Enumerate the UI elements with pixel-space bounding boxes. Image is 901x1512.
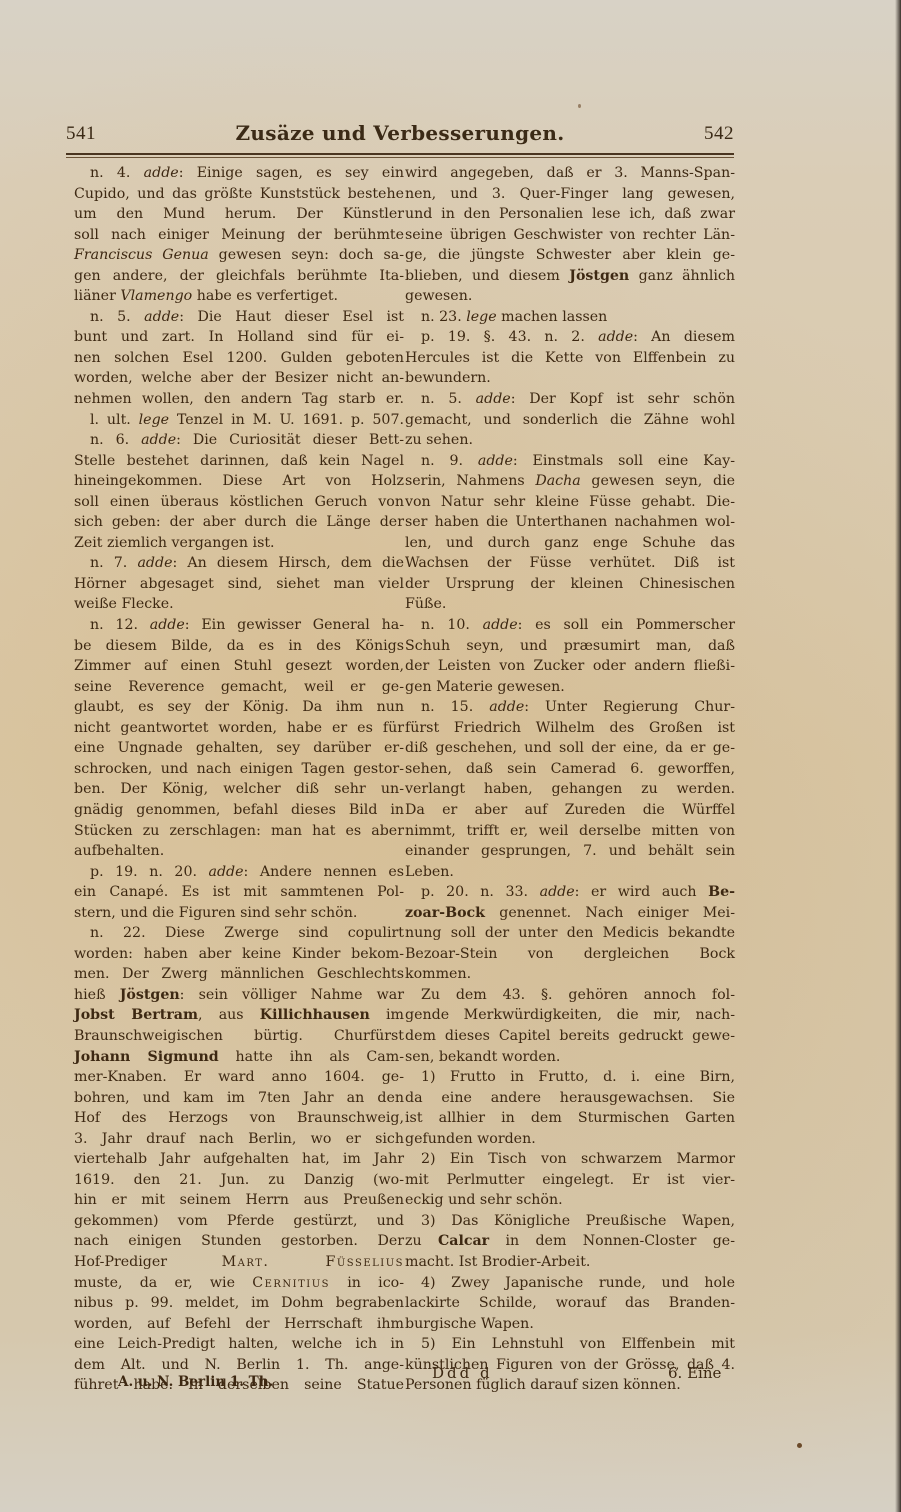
text-segment: Dacha [535,473,580,489]
text-line: bohren, und kam im 7ten Jahr an den [74,1088,404,1109]
text-segment: blieben, und diesem [405,268,569,284]
text-line: n. 4. adde: Einige sagen, es sey ein [74,163,404,184]
signature-mark: Ddd d [432,1364,493,1382]
text-line: p. 19. §. 43. n. 2. adde: An diesem [405,327,735,348]
text-line: verlangt haben, gehangen zu werden. [405,779,735,800]
text-line: Stücken zu zerschlagen: man hat es aber [74,821,404,842]
text-line: 1) Frutto in Frutto, d. i. eine Birn, [405,1067,735,1088]
text-line: nach einigen Stunden gestorben. Der [74,1231,404,1252]
text-line: ge, die jüngste Schwester aber klein ge- [405,245,735,266]
text-line: nen, und 3. Quer-Finger lang gewesen, [405,184,735,205]
text-segment: Hof des Herzogs von Braunschweig, [74,1110,404,1126]
text-line: ben. Der König, welcher diß sehr un- [74,779,404,800]
text-segment: ben. Der König, welcher diß sehr un- [74,781,404,797]
text-segment: Wachsen der Füsse verhütet. Diß ist [405,555,735,571]
text-line: gefunden worden. [405,1129,735,1150]
text-segment: im [370,1007,404,1023]
text-line: gekommen) vom Pferde gestürzt, und [74,1211,404,1232]
text-line: Cupido, und das größte Kunststück besteh… [74,184,404,205]
text-segment: adde [141,432,176,448]
text-segment: Cupido, und das größte Kunststück besteh… [74,186,404,202]
text-segment: ist allhier in dem Sturmischen Garten [405,1110,735,1126]
text-line: Da er aber auf Zureden die Würffel [405,800,735,821]
text-line: Johann Sigmund hatte ihn als Cam- [74,1047,404,1068]
header-rule [66,153,734,155]
text-segment: ganz ähnlich [629,268,735,284]
text-segment: nicht geantwortet worden, habe er es für [74,720,404,736]
text-segment: burgische Wapen. [405,1316,534,1332]
text-segment: Vlamengo [120,288,192,304]
text-segment: 1) Frutto in Frutto, d. i. eine Birn, [421,1069,735,1085]
text-line: weiße Flecke. [74,594,404,615]
text-line: soll nach einiger Meinung der berühmte [74,225,404,246]
text-segment: worden: haben aber keine Kinder bekom- [74,946,404,962]
text-segment: einander gesprungen, 7. und behält sein [405,843,735,859]
text-segment: diß geschehen, und soll der eine, da er … [405,740,735,756]
text-segment: genennet. Nach einiger Mei- [485,905,735,921]
text-segment: : Der Kopf ist sehr schön [511,391,735,407]
text-segment: hineingekommen. Diese Art von Holz [74,473,404,489]
text-line: n. 23. lege machen lassen [405,307,735,328]
text-segment: 3) Das Königliche Preußische Wapen, [421,1213,735,1229]
page-number-right: 542 [704,123,734,145]
text-line: mer-Knaben. Er ward anno 1604. ge- [74,1067,404,1088]
text-line: ein Canapé. Es ist mit sammtenen Pol- [74,882,404,903]
text-segment: weiße Flecke. [74,596,174,612]
text-segment: von Natur sehr kleine Füsse gehabt. Die- [405,494,735,510]
text-segment: bewundern. [405,370,491,386]
text-line: bunt und zart. In Holland sind für ei- [74,327,404,348]
text-segment: aufbehalten. [74,843,164,859]
text-segment: bohren, und kam im 7ten Jahr an den [74,1090,404,1106]
text-segment: 1619. den 21. Jun. zu Danzig (wo- [74,1172,404,1188]
text-segment: soll nach einiger Meinung der berühmte [74,227,404,243]
text-line: Wachsen der Füsse verhütet. Diß ist [405,553,735,574]
text-segment: nung soll der unter den Medicis bekandte [405,925,735,941]
text-line: nen solchen Esel 1200. Gulden geboten [74,348,404,369]
text-line: stern, und die Figuren sind sehr schön. [74,903,404,924]
text-line: n. 12. adde: Ein gewisser General ha- [74,615,404,636]
text-line: gnädig genommen, befahl dieses Bild in [74,800,404,821]
text-segment: fürst Friedrich Wilhelm des Großen ist [405,720,735,736]
running-head: 541 Zusäze und Verbesserungen. 542 [66,121,734,151]
text-line: gen Materie gewesen. [405,677,735,698]
text-line: be diesem Bilde, da es in des Königs [74,636,404,657]
text-segment: gewesen seyn, die [581,473,735,489]
text-segment: wird angegeben, daß er 3. Manns-Span- [405,165,735,181]
text-line: da eine andere herausgewachsen. Sie [405,1088,735,1109]
text-line: n. 5. adde: Die Haut dieser Esel ist [74,307,404,328]
text-segment: seine Reverence gemacht, weil er ge- [74,679,404,695]
text-segment: Johann Sigmund [74,1049,219,1065]
text-line: nimmt, trifft er, weil derselbe mitten v… [405,821,735,842]
text-line: n. 9. adde: Einstmals soll eine Kay- [405,451,735,472]
text-segment: da eine andere herausgewachsen. Sie [405,1090,735,1106]
text-segment: : Unter Regierung Chur- [524,699,735,715]
text-segment: adde [476,391,511,407]
text-segment: men. Der Zwerg männlichen Geschlechts [74,966,404,982]
text-segment: nimmt, trifft er, weil derselbe mitten v… [405,823,735,839]
text-segment: adde [150,617,185,633]
catchword: 6. Eine [668,1364,721,1382]
text-segment: n. 4. [90,165,144,181]
text-segment: : Die Curiosität dieser Bett- [176,432,404,448]
text-segment: : An diesem Hirsch, dem die [173,555,405,571]
right-text-column: wird angegeben, daß er 3. Manns-Span-nen… [405,163,735,1396]
text-segment: : es soll ein Pommerscher [518,617,735,633]
text-segment: gende Merkwürdigkeiten, die mir, nach- [405,1007,735,1023]
text-segment: seine übrigen Geschwister von rechter Lä… [405,227,735,243]
text-line: seine übrigen Geschwister von rechter Lä… [405,225,735,246]
text-segment: : An diesem [633,329,735,345]
text-segment: Hercules ist die Kette von Elffenbein zu [405,350,735,366]
text-line: und in den Personalien lese ich, daß zwa… [405,204,735,225]
text-line: diß geschehen, und soll der eine, da er … [405,738,735,759]
text-line: lackirte Schilde, worauf das Branden- [405,1293,735,1314]
text-segment: n. 9. [421,453,478,469]
text-line: Hörner abgesaget sind, siehet man viel [74,574,404,595]
text-line: zu Calcar in dem Nonnen-Closter ge- [405,1231,735,1252]
text-line: dem Alt. und N. Berlin 1. Th. ange- [74,1355,404,1376]
text-line: Stelle bestehet darinnen, daß kein Nagel [74,451,404,472]
text-segment: Zimmer auf einen Stuhl gesezt worden, [74,658,404,674]
text-segment: : Ein gewisser General ha- [185,617,404,633]
text-segment: n. 15. [421,699,489,715]
text-segment: gen andere, der gleichfals berühmte Ita- [74,268,404,284]
text-segment: p. 19. n. 20. [90,864,209,880]
text-line: nicht geantwortet worden, habe er es für [74,718,404,739]
text-line: Zimmer auf einen Stuhl gesezt worden, [74,656,404,677]
text-segment: n. 10. [421,617,483,633]
text-segment: Be- [708,884,735,900]
text-segment: Cernitius [252,1275,330,1291]
text-segment: der Ursprung der kleinen Chinesischen [405,576,735,592]
text-segment: zoar-Bock [405,905,485,921]
text-segment: verlangt haben, gehangen zu werden. [405,781,735,797]
text-segment: Jöstgen [120,987,180,1003]
text-line: einander gesprungen, 7. und behält sein [405,841,735,862]
text-segment: Mart. Füsselius [222,1254,404,1270]
text-segment: dem dieses Capitel bereits gedruckt gewe… [405,1028,735,1044]
text-line: mit Perlmutter eingelegt. Er ist vier- [405,1170,735,1191]
text-segment: be diesem Bilde, da es in des Königs [74,638,404,654]
text-line: nung soll der unter den Medicis bekandte [405,923,735,944]
text-segment: eine Leich-Predigt halten, welche ich in [74,1336,404,1352]
text-segment: der Leisten von Zucker oder andern fließ… [405,658,735,674]
text-line: nehmen wollen, den andern Tag starb er. [74,389,404,410]
text-line: men. Der Zwerg männlichen Geschlechts [74,964,404,985]
text-segment: adde [209,864,244,880]
text-line: p. 20. n. 33. adde: er wird auch Be- [405,882,735,903]
text-segment: Jöstgen [569,268,629,284]
text-line: 4) Zwey Japanische runde, und hole [405,1273,735,1294]
text-segment: n. 6. [90,432,141,448]
text-segment: Füße. [405,596,446,612]
text-line: worden: haben aber keine Kinder bekom- [74,944,404,965]
text-segment: adde [598,329,633,345]
text-line: n. 6. adde: Die Curiosität dieser Bett- [74,430,404,451]
text-segment: gefunden worden. [405,1131,536,1147]
text-line: blieben, und diesem Jöstgen ganz ähnlich [405,266,735,287]
text-segment: schrocken, und nach einigen Tagen gestor… [74,761,404,777]
text-segment: p. 20. n. 33. [421,884,540,900]
text-line: l. ult. lege Tenzel in M. U. 1691. p. 50… [74,410,404,431]
left-text-column: n. 4. adde: Einige sagen, es sey einCupi… [74,163,404,1396]
text-segment: Tenzel in M. U. 1691. p. 507. [169,412,404,428]
text-segment: nach einigen Stunden gestorben. Der [74,1233,404,1249]
text-segment: adde [144,165,179,181]
text-line: sich geben: der aber durch die Länge der [74,512,404,533]
text-segment: , aus [198,1007,260,1023]
header-rule-thin [66,157,734,158]
text-line: burgische Wapen. [405,1314,735,1335]
text-segment: sen, bekandt worden. [405,1049,560,1065]
text-line: Schuh seyn, und præsumirt man, daß [405,636,735,657]
text-segment: 5) Ein Lehnstuhl von Elffenbein mit [421,1336,735,1352]
text-segment: p. 19. §. 43. n. 2. [421,329,598,345]
text-segment: Jobst Bertram [74,1007,198,1023]
text-segment: 3. Jahr drauf nach Berlin, wo er sich [74,1131,404,1147]
text-line: n. 5. adde: Der Kopf ist sehr schön [405,389,735,410]
text-segment: ser haben die Unterthanen nachahmen wol- [405,514,735,530]
text-line: macht. Ist Brodier-Arbeit. [405,1252,735,1273]
text-segment: ge, die jüngste Schwester aber klein ge- [405,247,735,263]
text-segment: mit Perlmutter eingelegt. Er ist vier- [405,1172,735,1188]
text-line: Füße. [405,594,735,615]
text-segment: nehmen wollen, den andern Tag starb er. [74,391,404,407]
text-line: 2) Ein Tisch von schwarzem Marmor [405,1149,735,1170]
text-segment: : Andere nennen es [244,864,404,880]
text-line: Hercules ist die Kette von Elffenbein zu [405,348,735,369]
text-segment: l. ult. [90,412,139,428]
text-segment: : Die Haut dieser Esel ist [179,309,404,325]
text-segment: Zeit ziemlich vergangen ist. [74,535,275,551]
text-segment: len, und durch ganz enge Schuhe das [405,535,735,551]
text-line: nibus p. 99. meldet, im Dohm begraben [74,1293,404,1314]
text-line: n. 10. adde: es soll ein Pommerscher [405,615,735,636]
text-segment: eckig und sehr schön. [405,1192,563,1208]
text-segment: gekommen) vom Pferde gestürzt, und [74,1213,404,1229]
text-segment: gnädig genommen, befahl dieses Bild in [74,802,404,818]
text-segment: adde [137,555,172,571]
text-line: 1619. den 21. Jun. zu Danzig (wo- [74,1170,404,1191]
text-segment: machen lassen [497,309,608,325]
text-line: gemacht, und sonderlich die Zähne wohl [405,410,735,431]
text-segment: nen, und 3. Quer-Finger lang gewesen, [405,186,735,202]
text-line: worden, welche aber der Besizer nicht an… [74,368,404,389]
text-segment: Calcar [438,1233,489,1249]
text-line: gende Merkwürdigkeiten, die mir, nach- [405,1005,735,1026]
text-segment: : Einstmals soll eine Kay- [513,453,735,469]
text-line: Hof-Prediger Mart. Füsselius [74,1252,404,1273]
text-segment: soll einen überaus köstlichen Geruch von [74,494,404,510]
text-segment: dem Alt. und N. Berlin 1. Th. ange- [74,1357,404,1373]
text-segment: worden, auf Befehl der Herrschaft ihm [74,1316,404,1332]
text-line: sehen, daß sein Camerad 6. geworffen, [405,759,735,780]
text-line: n. 7. adde: An diesem Hirsch, dem die [74,553,404,574]
text-line: Hof des Herzogs von Braunschweig, [74,1108,404,1129]
running-title: Zusäze und Verbesserungen. [66,121,734,145]
text-line: p. 19. n. 20. adde: Andere nennen es [74,862,404,883]
text-segment: Leben. [405,864,454,880]
text-segment: : Einige sagen, es sey ein [179,165,404,181]
text-segment: und in den Personalien lese ich, daß zwa… [405,206,735,222]
page-edge-shadow [895,0,901,1512]
text-line: zu sehen. [405,430,735,451]
paper-speck [578,104,581,108]
text-line: ser haben die Unterthanen nachahmen wol- [405,512,735,533]
text-segment: Zu dem 43. §. gehören annoch fol- [421,987,735,1003]
text-segment: hatte ihn als Cam- [219,1049,404,1065]
text-line: serin, Nahmens Dacha gewesen seyn, die [405,471,735,492]
text-segment: zu [405,1233,438,1249]
paper-speck [797,1443,802,1448]
text-line: glaubt, es sey der König. Da ihm nun [74,697,404,718]
text-segment: Franciscus Genua [74,247,209,263]
text-line: schrocken, und nach einigen Tagen gestor… [74,759,404,780]
text-segment: adde [478,453,513,469]
text-line: hieß Jöstgen: sein völliger Nahme war [74,985,404,1006]
text-segment: gemacht, und sonderlich die Zähne wohl [405,412,735,428]
text-segment: gewesen. [405,288,472,304]
text-segment: um den Mund herum. Der Künstler [74,206,404,222]
text-segment: 4) Zwey Japanische runde, und hole [421,1275,735,1291]
text-line: Zu dem 43. §. gehören annoch fol- [405,985,735,1006]
text-segment: eine Ungnade gehalten, sey darüber er- [74,740,404,756]
text-line: seine Reverence gemacht, weil er ge- [74,677,404,698]
text-line: Leben. [405,862,735,883]
text-line: Zeit ziemlich vergangen ist. [74,533,404,554]
text-segment: hieß [74,987,120,1003]
text-segment: Braunschweigischen bürtig. Churfürst [74,1028,404,1044]
book-page-spread: 541 Zusäze und Verbesserungen. 542 n. 4.… [0,0,901,1512]
text-line: hineingekommen. Diese Art von Holz [74,471,404,492]
text-segment: habe es verfertiget. [192,288,338,304]
text-line: fürst Friedrich Wilhelm des Großen ist [405,718,735,739]
text-segment: zu sehen. [405,432,473,448]
text-segment: stern, und die Figuren sind sehr schön. [74,905,357,921]
text-line: gen andere, der gleichfals berühmte Ita- [74,266,404,287]
text-line: zoar-Bock genennet. Nach einiger Mei- [405,903,735,924]
text-segment: n. 5. [90,309,144,325]
text-segment: Stelle bestehet darinnen, daß kein Nagel [74,453,404,469]
text-segment: viertehalb Jahr aufgehalten hat, im Jahr [74,1151,404,1167]
text-segment: adde [540,884,575,900]
text-segment: muste, da er, wie [74,1275,252,1291]
text-segment: serin, Nahmens [405,473,535,489]
text-line: Braunschweigischen bürtig. Churfürst [74,1026,404,1047]
text-segment: Killichhausen [260,1007,370,1023]
text-line: muste, da er, wie Cernitius in ico- [74,1273,404,1294]
text-line: dem dieses Capitel bereits gedruckt gewe… [405,1026,735,1047]
text-line: Bezoar-Stein von dergleichen Bock [405,944,735,965]
text-line: len, und durch ganz enge Schuhe das [405,533,735,554]
text-segment: : sein völliger Nahme war [180,987,404,1003]
text-line: n. 15. adde: Unter Regierung Chur- [405,697,735,718]
text-line: hin er mit seinem Herrn aus Preußen [74,1190,404,1211]
text-segment: gewesen seyn: doch sa- [209,247,404,263]
text-segment: lege [466,309,496,325]
text-segment: Hörner abgesaget sind, siehet man viel [74,576,404,592]
text-segment: gen Materie gewesen. [405,679,565,695]
text-segment: sehen, daß sein Camerad 6. geworffen, [405,761,735,777]
text-segment: adde [144,309,179,325]
text-segment: kommen. [405,966,471,982]
text-segment: Bezoar-Stein von dergleichen Bock [405,946,735,962]
text-line: von Natur sehr kleine Füsse gehabt. Die- [405,492,735,513]
text-segment: nibus p. 99. meldet, im Dohm begraben [74,1295,404,1311]
text-segment: in ico- [330,1275,404,1291]
text-line: eine Ungnade gehalten, sey darüber er- [74,738,404,759]
text-segment: lege [139,412,169,428]
text-segment: worden, welche aber der Besizer nicht an… [74,370,404,386]
text-line: der Leisten von Zucker oder andern fließ… [405,656,735,677]
text-segment: sich geben: der aber durch die Länge der [74,514,404,530]
text-line: ist allhier in dem Sturmischen Garten [405,1108,735,1129]
text-segment: liäner [74,288,120,304]
text-line: Jobst Bertram, aus Killichhausen im [74,1005,404,1026]
text-line: liäner Vlamengo habe es verfertiget. [74,286,404,307]
text-segment: adde [483,617,518,633]
text-segment: Hof-Prediger [74,1254,222,1270]
text-segment: : er wird auch [575,884,708,900]
text-line: kommen. [405,964,735,985]
text-line: viertehalb Jahr aufgehalten hat, im Jahr [74,1149,404,1170]
text-line: soll einen überaus köstlichen Geruch von [74,492,404,513]
text-line: der Ursprung der kleinen Chinesischen [405,574,735,595]
text-line: Franciscus Genua gewesen seyn: doch sa- [74,245,404,266]
text-segment: n. 22. Diese Zwerge sind copulirt [90,925,404,941]
text-line: n. 22. Diese Zwerge sind copulirt [74,923,404,944]
text-segment: adde [489,699,524,715]
text-line: wird angegeben, daß er 3. Manns-Span- [405,163,735,184]
text-line: 3) Das Königliche Preußische Wapen, [405,1211,735,1232]
text-segment: n. 23. [421,309,466,325]
text-line: 3. Jahr drauf nach Berlin, wo er sich [74,1129,404,1150]
text-segment: n. 7. [90,555,137,571]
text-line: sen, bekandt worden. [405,1047,735,1068]
text-segment: nen solchen Esel 1200. Gulden geboten [74,350,404,366]
footnote-reference: A. u. N. Berlin 1. Th. [118,1374,273,1390]
text-line: bewundern. [405,368,735,389]
text-segment: ein Canapé. Es ist mit sammtenen Pol- [74,884,404,900]
text-segment: hin er mit seinem Herrn aus Preußen [74,1192,404,1208]
text-line: worden, auf Befehl der Herrschaft ihm [74,1314,404,1335]
text-segment: bunt und zart. In Holland sind für ei- [74,329,404,345]
text-line: gewesen. [405,286,735,307]
text-segment: 2) Ein Tisch von schwarzem Marmor [421,1151,735,1167]
text-segment: Da er aber auf Zureden die Würffel [405,802,735,818]
text-line: 5) Ein Lehnstuhl von Elffenbein mit [405,1334,735,1355]
text-segment: glaubt, es sey der König. Da ihm nun [74,699,404,715]
text-segment: lackirte Schilde, worauf das Branden- [405,1295,735,1311]
text-line: eckig und sehr schön. [405,1190,735,1211]
text-segment: n. 5. [421,391,476,407]
text-line: aufbehalten. [74,841,404,862]
text-segment: n. 12. [90,617,150,633]
text-segment: in dem Nonnen-Closter ge- [489,1233,735,1249]
text-segment: mer-Knaben. Er ward anno 1604. ge- [74,1069,404,1085]
text-segment: macht. Ist Brodier-Arbeit. [405,1254,590,1270]
text-line: eine Leich-Predigt halten, welche ich in [74,1334,404,1355]
text-segment: Stücken zu zerschlagen: man hat es aber [74,823,404,839]
text-segment: Schuh seyn, und præsumirt man, daß [405,638,735,654]
text-line: um den Mund herum. Der Künstler [74,204,404,225]
